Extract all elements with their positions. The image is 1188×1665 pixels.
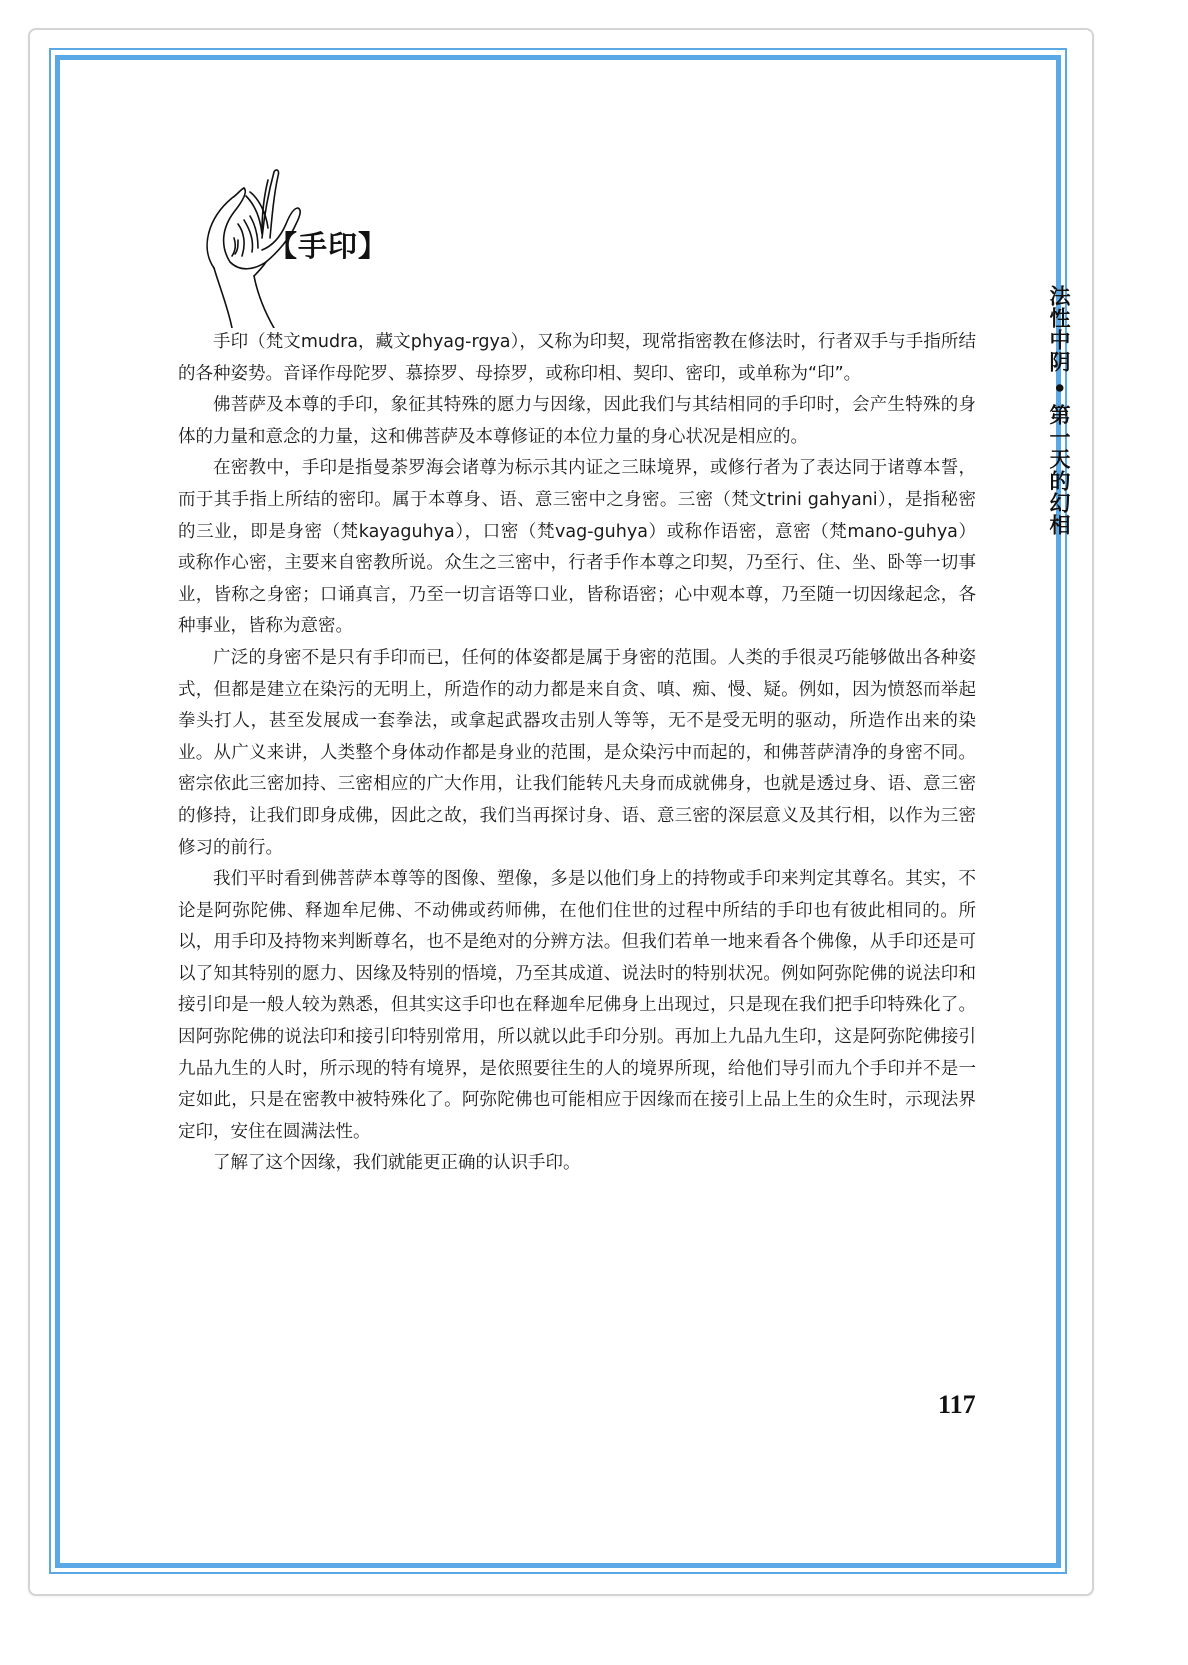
page-heading: 【手印】 — [268, 224, 388, 265]
paragraph: 我们平时看到佛菩萨本尊等的图像、塑像，多是以他们身上的持物或手印来判定其尊名。其… — [178, 864, 976, 1148]
paragraph: 佛菩萨及本尊的手印，象征其特殊的愿力与因缘，因此我们与其结相同的手印时，会产生特… — [178, 390, 976, 453]
page-number: 117 — [938, 1390, 976, 1420]
paragraph: 手印（梵文mudra，藏文phyag-rgya），又称为印契，现常指密教在修法时… — [178, 327, 976, 390]
running-chapter-title: 法性中阴 • 第一天的幻相 — [1040, 285, 1070, 536]
paragraph: 在密教中，手印是指曼荼罗海会诸尊为标示其内证之三昧境界，或修行者为了表达同于诸尊… — [178, 453, 976, 643]
paragraph: 了解了这个因缘，我们就能更正确的认识手印。 — [178, 1148, 976, 1180]
body-text: 手印（梵文mudra，藏文phyag-rgya），又称为印契，现常指密教在修法时… — [178, 327, 976, 1180]
paragraph: 广泛的身密不是只有手印而已，任何的体姿都是属于身密的范围。人类的手很灵巧能够做出… — [178, 643, 976, 864]
